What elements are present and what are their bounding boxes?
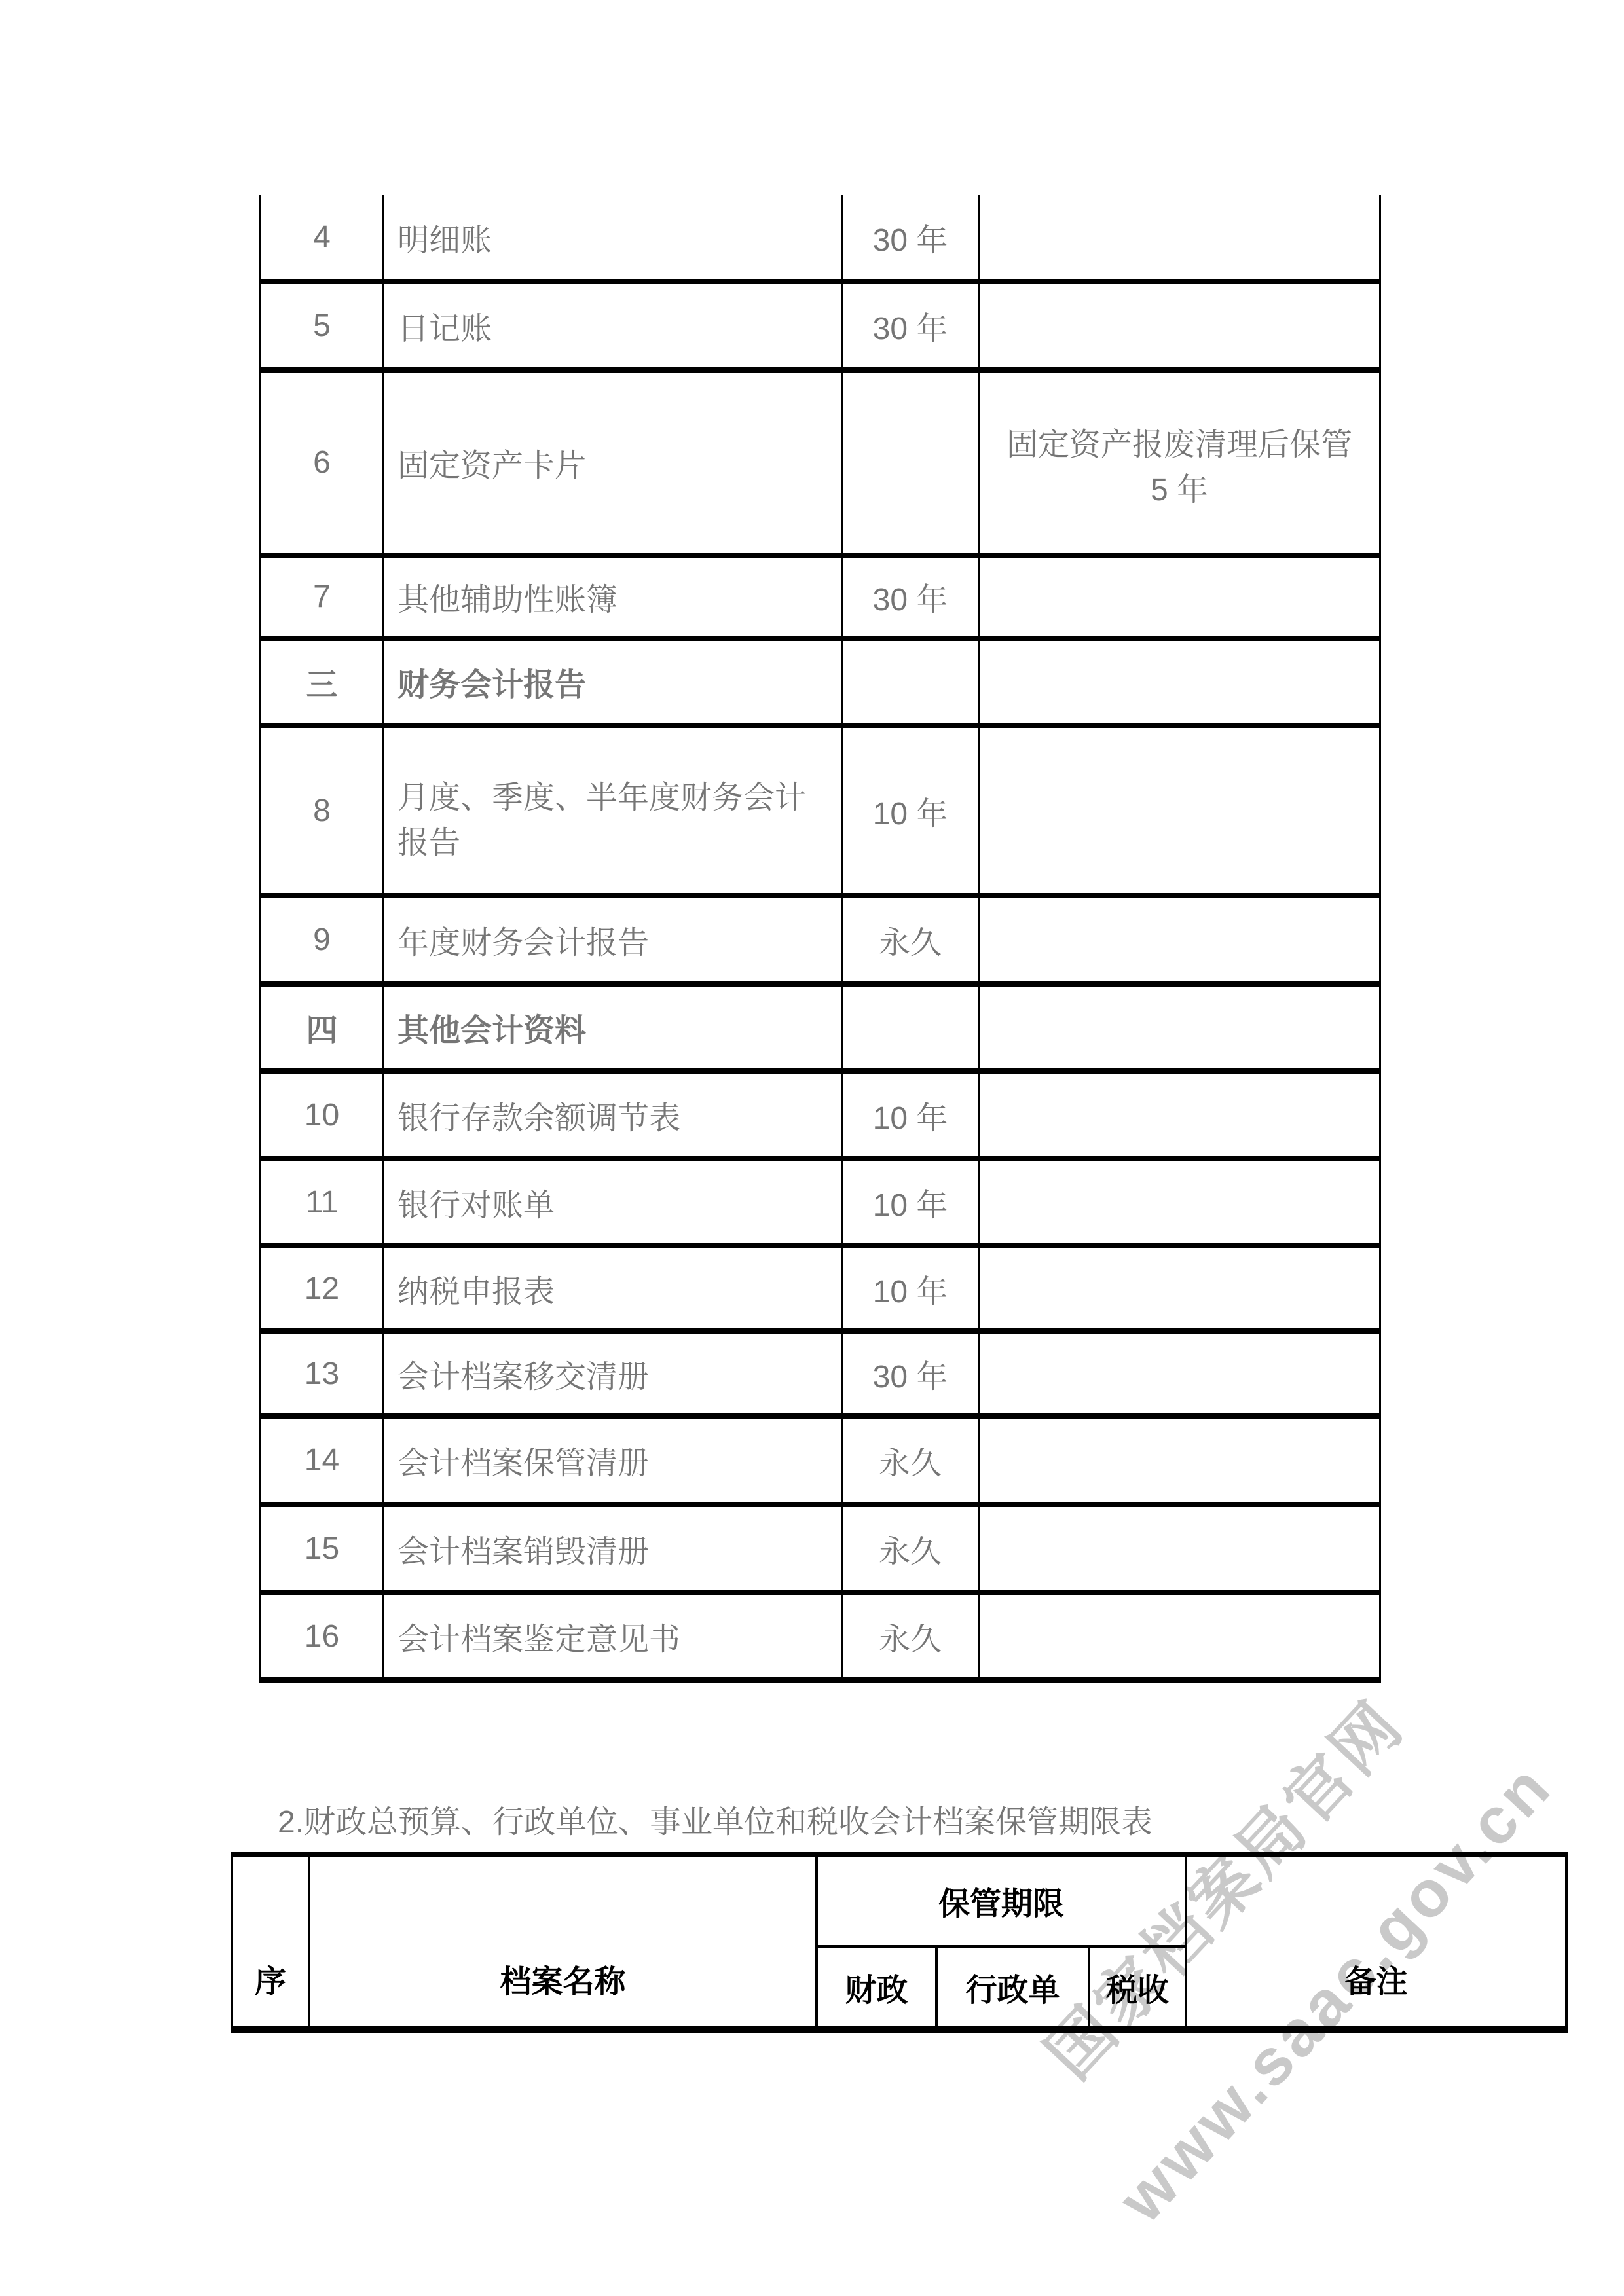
row-number-cell: 9 — [261, 896, 384, 984]
admin-unit-subheader-cell: 行政单 — [936, 1946, 1089, 2030]
name-line-2: 报告 — [397, 817, 841, 862]
archive-name-cell: 会计档案销毁清册 — [384, 1504, 842, 1593]
archive-name-cell: 明细账 — [384, 195, 842, 282]
remark-header-cell: 备注 — [1186, 1855, 1566, 2030]
retention-period-cell: 10 年 — [842, 1159, 979, 1246]
row-number-cell: 6 — [261, 370, 384, 555]
row-number-cell: 11 — [261, 1159, 384, 1246]
archive-name-cell: 会计档案移交清册 — [384, 1331, 842, 1416]
remark-cell: 固定资产报废清理后保管 5 年 — [979, 370, 1380, 555]
section-number-cell: 四 — [261, 984, 384, 1071]
table-row: 4 明细账 30 年 — [261, 195, 1380, 282]
remark-line-1: 固定资产报废清理后保管 — [980, 419, 1379, 464]
table-row: 16 会计档案鉴定意见书 永久 — [261, 1593, 1380, 1680]
remark-cell — [979, 1504, 1380, 1593]
name-line-1: 月度、季度、半年度财务会计 — [397, 772, 841, 817]
retention-period-cell — [842, 638, 979, 725]
archive-name-cell: 会计档案保管清册 — [384, 1416, 842, 1504]
table-row: 10 银行存款余额调节表 10 年 — [261, 1071, 1380, 1159]
retention-period-group-cell: 保管期限 — [817, 1855, 1186, 1946]
retention-period-cell: 永久 — [842, 1416, 979, 1504]
archive-name-cell: 月度、季度、半年度财务会计 报告 — [384, 725, 842, 896]
row-number-cell: 7 — [261, 555, 384, 638]
seq-header-cell: 序 — [232, 1855, 309, 2030]
retention-period-cell: 30 年 — [842, 1331, 979, 1416]
remark-cell — [979, 896, 1380, 984]
table-row: 9 年度财务会计报告 永久 — [261, 896, 1380, 984]
document-page: 国家档案局官网 www.saac.gov.cn 4 明细账 30 年 5 日记账… — [0, 0, 1624, 2296]
row-number-cell: 5 — [261, 282, 384, 370]
table-row: 15 会计档案销毁清册 永久 — [261, 1504, 1380, 1593]
retention-period-cell: 永久 — [842, 1504, 979, 1593]
table-row: 7 其他辅助性账簿 30 年 — [261, 555, 1380, 638]
budget-retention-table-header: 序 档案名称 保管期限 备注 财政 行政单 税收 — [231, 1852, 1568, 2033]
retention-period-cell — [842, 370, 979, 555]
row-number-cell: 10 — [261, 1071, 384, 1159]
section-title-cell: 财务会计报告 — [384, 638, 842, 725]
remark-cell — [979, 1159, 1380, 1246]
row-number-cell: 15 — [261, 1504, 384, 1593]
archive-name-cell: 日记账 — [384, 282, 842, 370]
retention-period-cell: 10 年 — [842, 1071, 979, 1159]
row-number-cell: 13 — [261, 1331, 384, 1416]
remark-cell — [979, 1071, 1380, 1159]
retention-period-cell: 30 年 — [842, 555, 979, 638]
retention-period-cell: 10 年 — [842, 1246, 979, 1331]
table-row: 12 纳税申报表 10 年 — [261, 1246, 1380, 1331]
archive-name-cell: 银行存款余额调节表 — [384, 1071, 842, 1159]
remark-cell — [979, 725, 1380, 896]
archive-name-cell: 年度财务会计报告 — [384, 896, 842, 984]
table-row: 8 月度、季度、半年度财务会计 报告 10 年 — [261, 725, 1380, 896]
archive-name-cell: 固定资产卡片 — [384, 370, 842, 555]
retention-period-cell — [842, 984, 979, 1071]
retention-period-cell: 30 年 — [842, 195, 979, 282]
section-number-cell: 三 — [261, 638, 384, 725]
retention-period-cell: 永久 — [842, 896, 979, 984]
archive-name-cell: 银行对账单 — [384, 1159, 842, 1246]
remark-cell — [979, 1593, 1380, 1680]
archive-name-cell: 会计档案鉴定意见书 — [384, 1593, 842, 1680]
row-number-cell: 4 — [261, 195, 384, 282]
table-row: 6 固定资产卡片 固定资产报废清理后保管 5 年 — [261, 370, 1380, 555]
retention-period-cell: 30 年 — [842, 282, 979, 370]
archive-name-header-cell: 档案名称 — [309, 1855, 817, 2030]
remark-cell — [979, 195, 1380, 282]
row-number-cell: 16 — [261, 1593, 384, 1680]
archive-name-cell: 纳税申报表 — [384, 1246, 842, 1331]
tax-subheader-cell: 税收 — [1089, 1946, 1186, 2030]
table-row: 5 日记账 30 年 — [261, 282, 1380, 370]
remark-line-2: 5 年 — [980, 464, 1379, 509]
archive-name-cell: 其他辅助性账簿 — [384, 555, 842, 638]
table-row: 13 会计档案移交清册 30 年 — [261, 1331, 1380, 1416]
fiscal-subheader-cell: 财政 — [817, 1946, 936, 2030]
section-heading: 2.财政总预算、行政单位、事业单位和税收会计档案保管期限表 — [278, 1796, 1153, 1842]
remark-cell — [979, 1416, 1380, 1504]
row-number-cell: 14 — [261, 1416, 384, 1504]
retention-table: 4 明细账 30 年 5 日记账 30 年 6 固定资产卡片 固定资产报废清理后… — [259, 195, 1381, 1683]
remark-cell — [979, 984, 1380, 1071]
table-row: 14 会计档案保管清册 永久 — [261, 1416, 1380, 1504]
section-title-cell: 其他会计资料 — [384, 984, 842, 1071]
table-header-row-top: 序 档案名称 保管期限 备注 — [232, 1855, 1566, 1946]
row-number-cell: 8 — [261, 725, 384, 896]
remark-cell — [979, 638, 1380, 725]
section-header-row: 三 财务会计报告 — [261, 638, 1380, 725]
table-row: 11 银行对账单 10 年 — [261, 1159, 1380, 1246]
retention-period-cell: 永久 — [842, 1593, 979, 1680]
remark-cell — [979, 555, 1380, 638]
row-number-cell: 12 — [261, 1246, 384, 1331]
remark-cell — [979, 1246, 1380, 1331]
remark-cell — [979, 282, 1380, 370]
retention-period-cell: 10 年 — [842, 725, 979, 896]
section-header-row: 四 其他会计资料 — [261, 984, 1380, 1071]
remark-cell — [979, 1331, 1380, 1416]
